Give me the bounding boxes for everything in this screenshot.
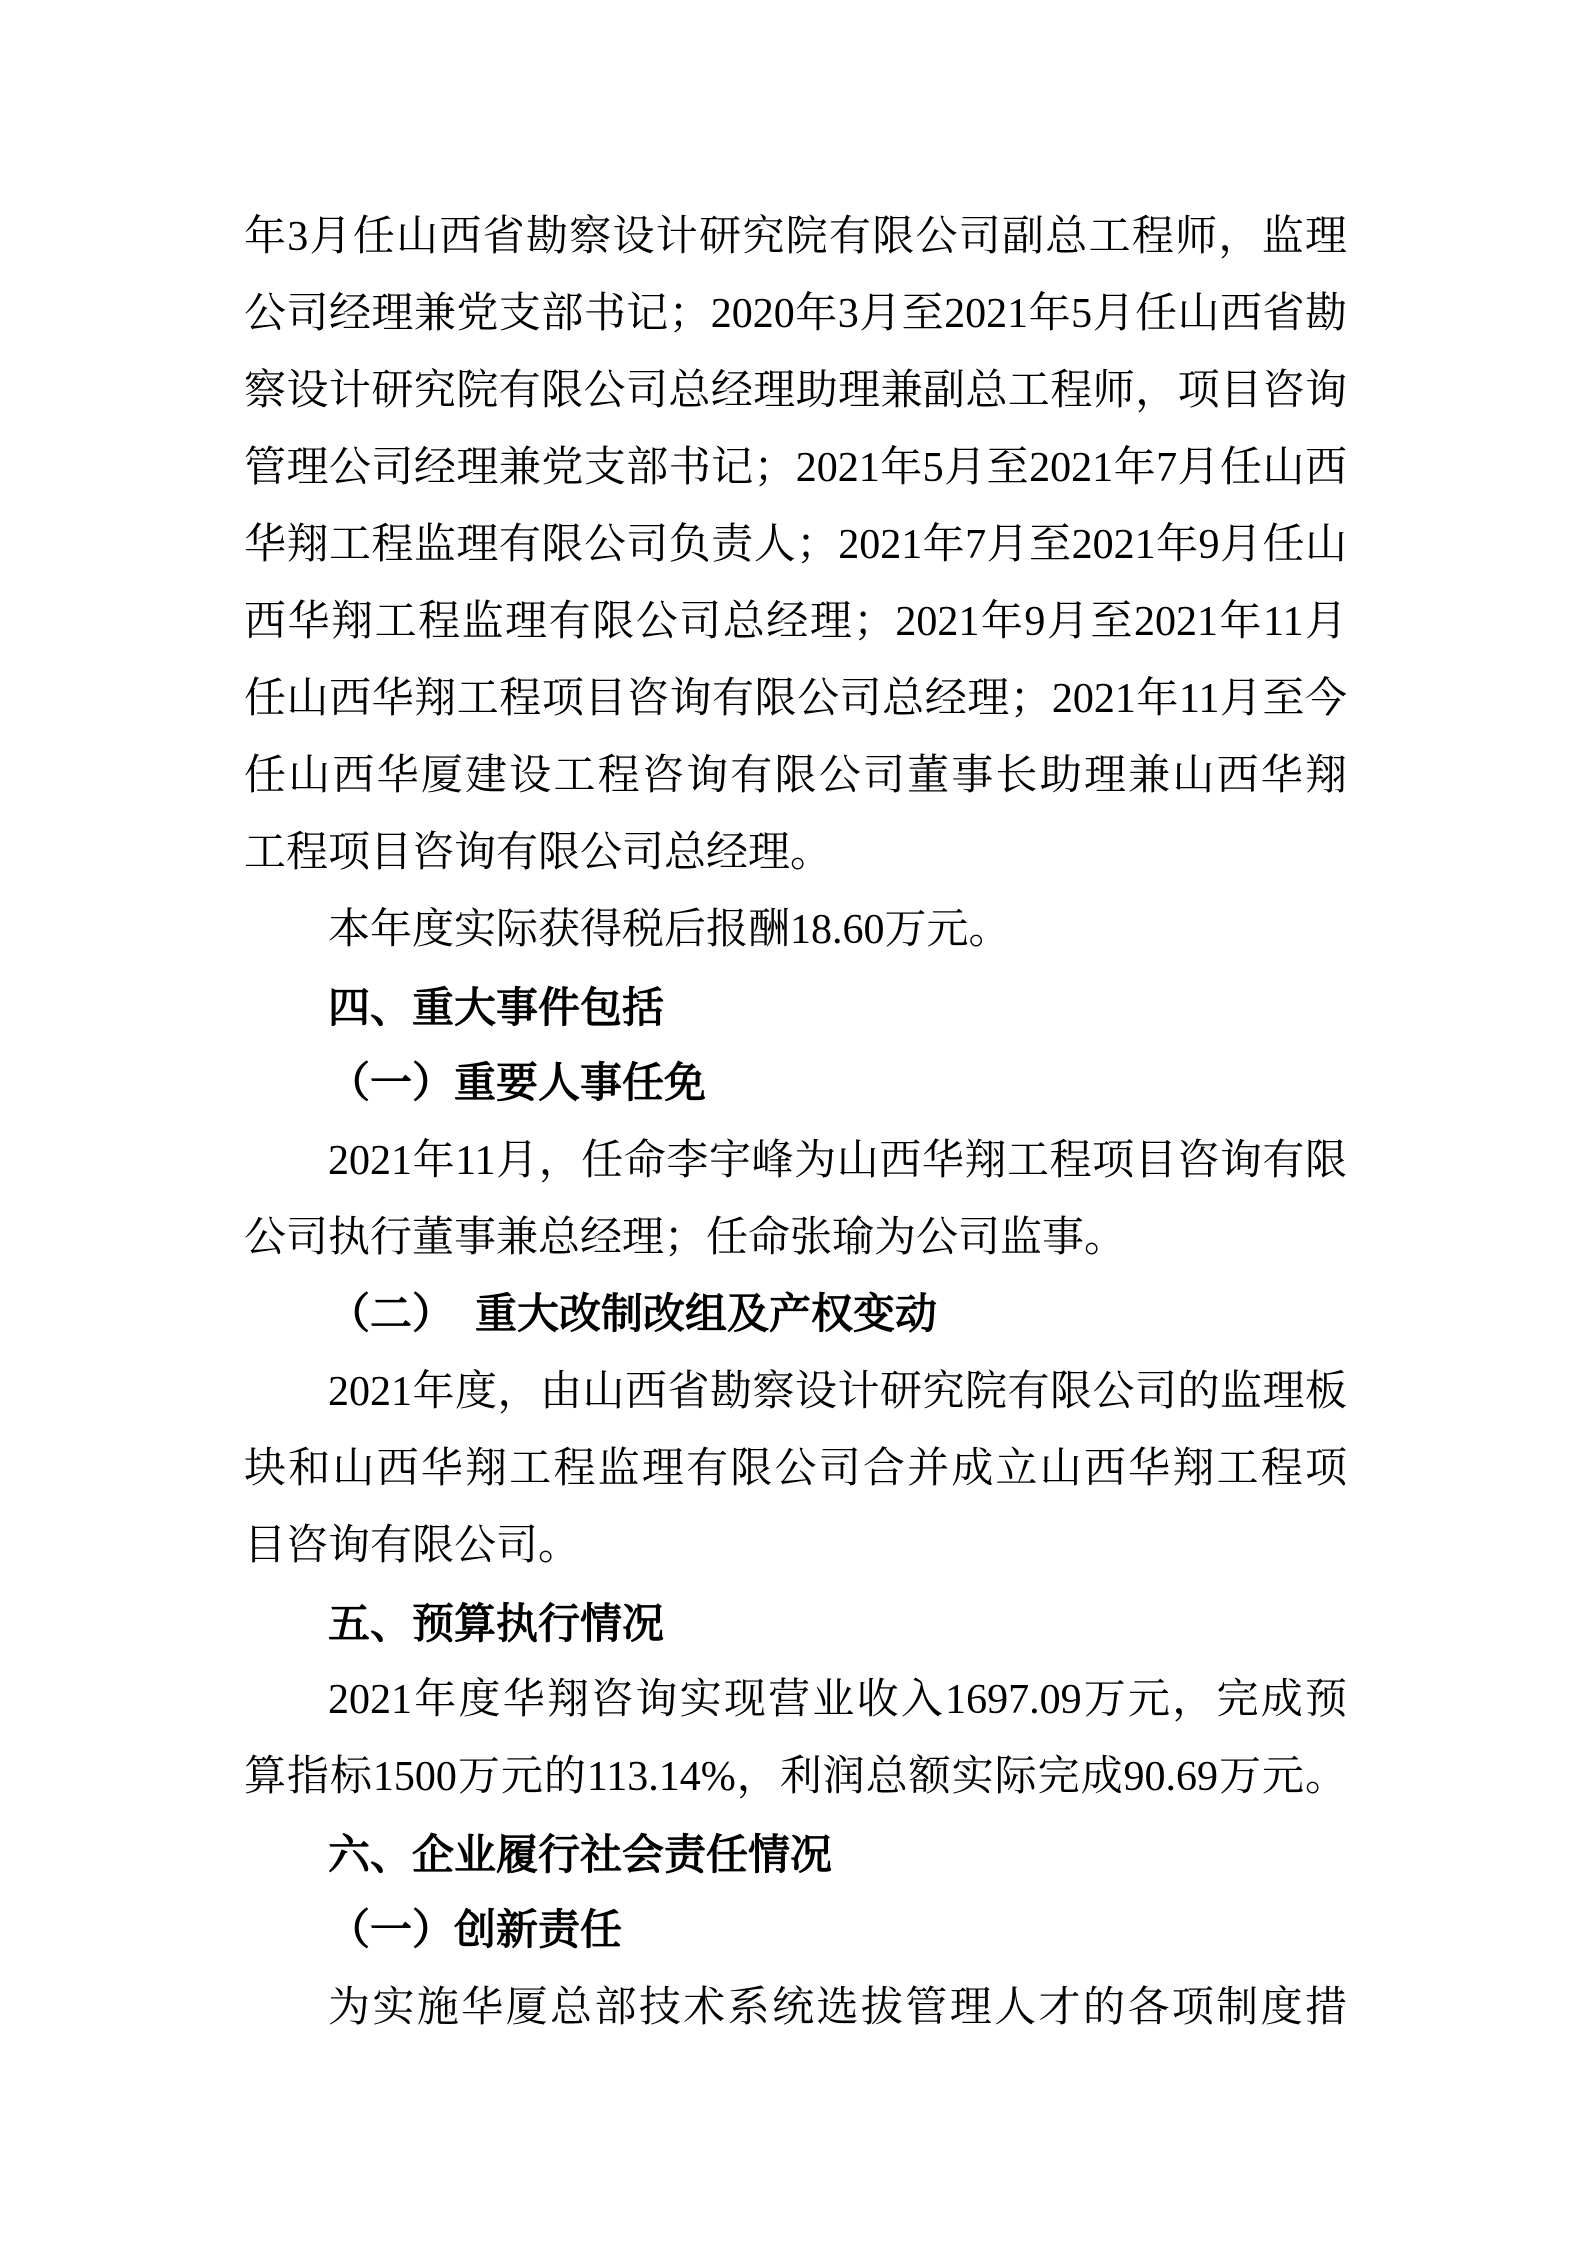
paragraph-line: 2021年11月，任命李宇峰为山西华翔工程项目咨询有限 — [244, 1123, 1347, 1200]
heading-subsection-one-innovation: （一）创新责任 — [244, 1893, 1347, 1970]
paragraph-line: 工程项目咨询有限公司总经理。 — [244, 815, 1347, 892]
paragraph-line: 算指标1500万元的113.14%，利润总额实际完成90.69万元。 — [244, 1739, 1347, 1816]
heading-section-four: 四、重大事件包括 — [244, 969, 1347, 1046]
document-page: 年3月任山西省勘察设计研究院有限公司副总工程师，监理公司经理兼党支部书记；202… — [0, 0, 1587, 2245]
paragraph-line: 公司经理兼党支部书记；2020年3月至2021年5月任山西省勘 — [244, 276, 1347, 353]
paragraph-line: 为实施华厦总部技术系统选拔管理人才的各项制度措 — [244, 1970, 1347, 2047]
paragraph-line: 本年度实际获得税后报酬18.60万元。 — [244, 892, 1347, 969]
paragraph-line: 华翔工程监理有限公司负责人；2021年7月至2021年9月任山 — [244, 507, 1347, 584]
paragraph-line: 目咨询有限公司。 — [244, 1508, 1347, 1585]
paragraph-line: 西华翔工程监理有限公司总经理；2021年9月至2021年11月 — [244, 584, 1347, 661]
paragraph-line: 任山西华翔工程项目咨询有限公司总经理；2021年11月至今 — [244, 661, 1347, 738]
document-text-block: 年3月任山西省勘察设计研究院有限公司副总工程师，监理公司经理兼党支部书记；202… — [244, 199, 1347, 2047]
paragraph-line: 任山西华厦建设工程咨询有限公司董事长助理兼山西华翔 — [244, 738, 1347, 815]
paragraph-line: 年3月任山西省勘察设计研究院有限公司副总工程师，监理 — [244, 199, 1347, 276]
paragraph-line: 管理公司经理兼党支部书记；2021年5月至2021年7月任山西 — [244, 430, 1347, 507]
heading-subsection-two-restructuring: （二） 重大改制改组及产权变动 — [244, 1277, 1347, 1354]
paragraph-line: 2021年度华翔咨询实现营业收入1697.09万元，完成预 — [244, 1662, 1347, 1739]
paragraph-line: 块和山西华翔工程监理有限公司合并成立山西华翔工程项 — [244, 1431, 1347, 1508]
paragraph-line: 察设计研究院有限公司总经理助理兼副总工程师，项目咨询 — [244, 353, 1347, 430]
heading-section-five: 五、预算执行情况 — [244, 1585, 1347, 1662]
heading-subsection-one-personnel: （一）重要人事任免 — [244, 1046, 1347, 1123]
paragraph-line: 公司执行董事兼总经理；任命张瑜为公司监事。 — [244, 1200, 1347, 1277]
paragraph-line: 2021年度，由山西省勘察设计研究院有限公司的监理板 — [244, 1354, 1347, 1431]
heading-section-six: 六、企业履行社会责任情况 — [244, 1816, 1347, 1893]
